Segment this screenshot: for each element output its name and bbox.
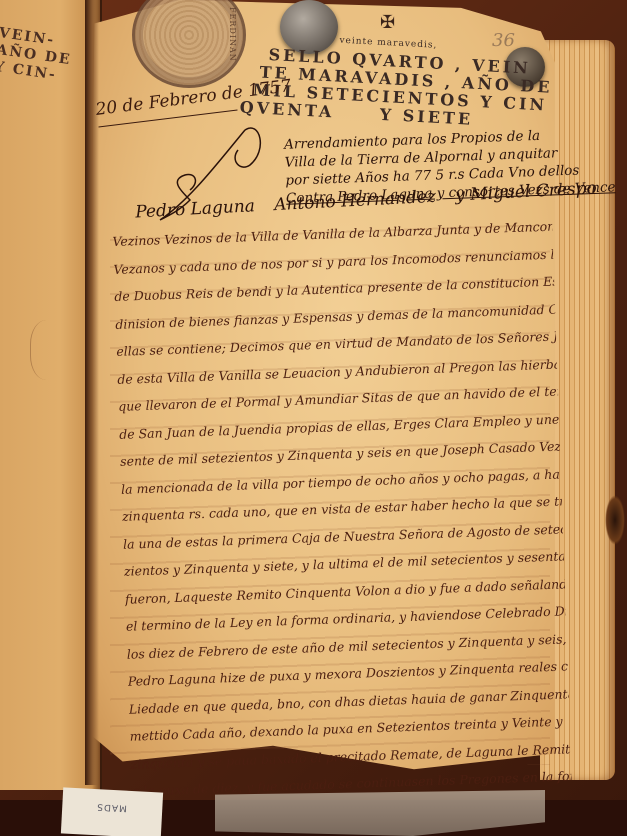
seal-inscription: FERDINAN xyxy=(228,7,237,62)
burn-mark xyxy=(605,495,625,545)
archive-label-text: MADS xyxy=(96,801,127,813)
cross-icon: ✠ xyxy=(380,12,395,33)
left-page-marginal-mark xyxy=(30,320,71,380)
sello-quarto-stamp: veinte maravedis, SELLO QVARTO , VEIN TE… xyxy=(265,28,554,133)
manuscript-body-text: Vezinos Vezinos de la Villa de Vanilla d… xyxy=(112,213,572,806)
left-page-stamp: VEIN- AÑO DE Y CIN- xyxy=(0,25,75,86)
archive-label: MADS xyxy=(61,787,163,836)
